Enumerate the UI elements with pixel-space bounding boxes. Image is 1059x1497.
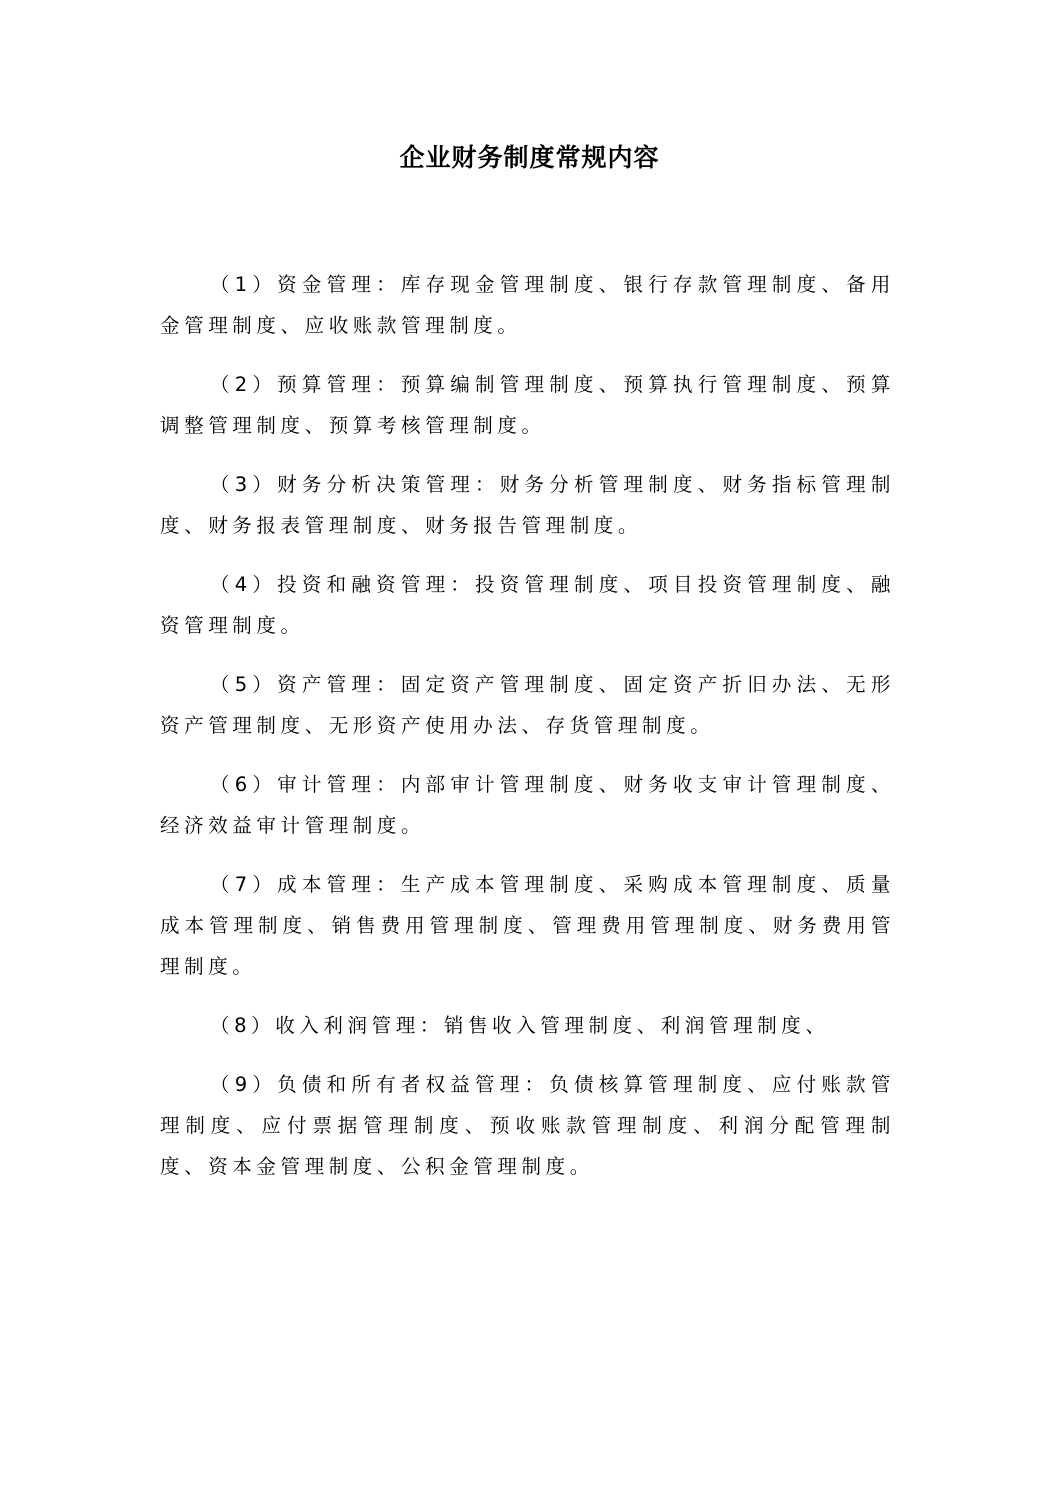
paragraph-financial-analysis: （3）财务分析决策管理：财务分析管理制度、财务指标管理制度、财务报表管理制度、财… xyxy=(160,464,895,546)
paragraph-liabilities-equity: （9）负债和所有者权益管理：负债核算管理制度、应付账款管理制度、应付票据管理制度… xyxy=(160,1064,895,1187)
document-title: 企业财务制度常规内容 xyxy=(0,138,1059,178)
paragraph-budget-management: （2）预算管理：预算编制管理制度、预算执行管理制度、预算调整管理制度、预算考核管… xyxy=(160,364,895,446)
document-body: （1）资金管理：库存现金管理制度、银行存款管理制度、备用金管理制度、应收账款管理… xyxy=(160,264,895,1205)
paragraph-asset-management: （5）资产管理：固定资产管理制度、固定资产折旧办法、无形资产管理制度、无形资产使… xyxy=(160,664,895,746)
paragraph-revenue-profit: （8）收入利润管理：销售收入管理制度、利润管理制度、 xyxy=(160,1005,895,1046)
paragraph-investment-financing: （4）投资和融资管理：投资管理制度、项目投资管理制度、融资管理制度。 xyxy=(160,564,895,646)
document-page: 企业财务制度常规内容 （1）资金管理：库存现金管理制度、银行存款管理制度、备用金… xyxy=(0,0,1059,1497)
paragraph-audit-management: （6）审计管理：内部审计管理制度、财务收支审计管理制度、经济效益审计管理制度。 xyxy=(160,764,895,846)
paragraph-cost-management: （7）成本管理：生产成本管理制度、采购成本管理制度、质量成本管理制度、销售费用管… xyxy=(160,864,895,987)
paragraph-fund-management: （1）资金管理：库存现金管理制度、银行存款管理制度、备用金管理制度、应收账款管理… xyxy=(160,264,895,346)
